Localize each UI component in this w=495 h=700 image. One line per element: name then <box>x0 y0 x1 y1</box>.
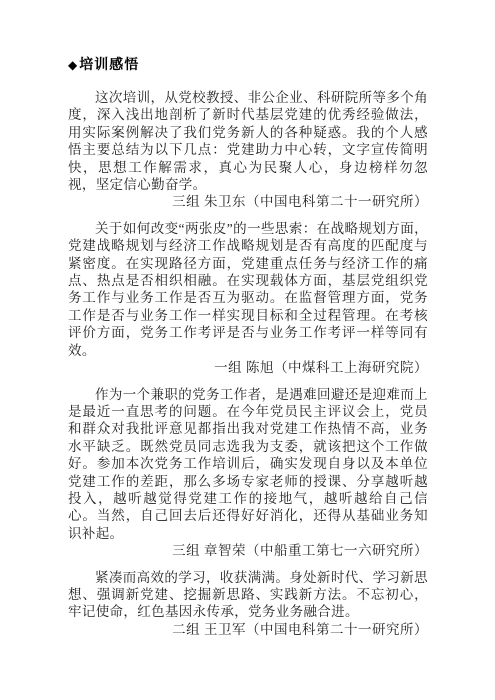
reflection-entry: 紧凑而高效的学习，收获满满。身处新时代、学习新思想、强调新党建、挖掘新思路、实践… <box>68 569 428 639</box>
reflection-attribution: 三组 章智荣（中船重工第七一六研究所） <box>68 542 428 559</box>
reflection-paragraph: 紧凑而高效的学习，收获满满。身处新时代、学习新思想、强调新党建、挖掘新思路、实践… <box>68 569 428 621</box>
reflection-attribution: 三组 朱卫东（中国电科第二十一研究所） <box>68 193 428 210</box>
reflection-attribution: 二组 王卫军（中国电科第二十一研究所） <box>68 621 428 638</box>
reflection-paragraph: 这次培训，从党校教授、非公企业、科研院所等多个角度，深入浅出地剖析了新时代基层党… <box>68 89 428 193</box>
reflection-paragraph: 关于如何改变“两张皮”的一些思索：在战略规划方面，党建战略规划与经济工作战略规划… <box>68 220 428 359</box>
reflection-attribution: 一组 陈旭（中煤科工上海研究院） <box>68 359 428 376</box>
reflection-paragraph: 作为一个兼职的党务工作者，是遇难回避还是迎难而上是最近一直思考的问题。在今年党员… <box>68 386 428 543</box>
document-page: ◆培训感悟 这次培训，从党校教授、非公企业、科研院所等多个角度，深入浅出地剖析了… <box>0 0 495 700</box>
reflection-entry: 作为一个兼职的党务工作者，是遇难回避还是迎难而上是最近一直思考的问题。在今年党员… <box>68 386 428 560</box>
section-heading-title: 培训感悟 <box>79 56 139 72</box>
section-heading: ◆培训感悟 <box>68 55 428 74</box>
diamond-bullet-icon: ◆ <box>68 58 78 72</box>
reflection-entry: 这次培训，从党校教授、非公企业、科研院所等多个角度，深入浅出地剖析了新时代基层党… <box>68 89 428 211</box>
reflection-entry: 关于如何改变“两张皮”的一些思索：在战略规划方面，党建战略规划与经济工作战略规划… <box>68 220 428 377</box>
